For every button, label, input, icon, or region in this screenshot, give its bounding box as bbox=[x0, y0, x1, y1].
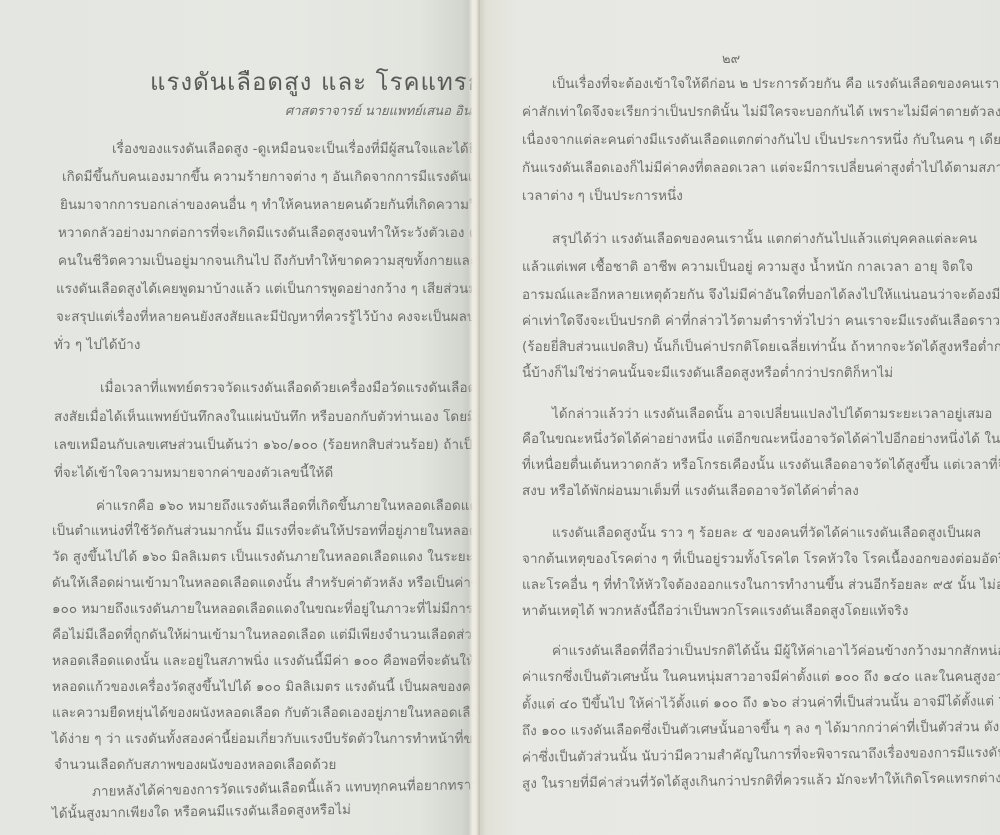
author-byline: ศาสตราจารย์ นายแพทย์เสนอ อินทรสุข bbox=[285, 100, 476, 121]
right-page: เป็นเรื่องที่จะต้องเข้าใจให้ดีก่อน ๒ ประ… bbox=[476, 0, 1000, 835]
text-line: ที่เหนื่อยตื่นเต้นหวาดกลัว หรือโกรธเคือง… bbox=[522, 457, 1000, 475]
text-line: ได้กล่าวแล้วว่า แรงดันเลือดนั้น อาจเปลี่… bbox=[552, 406, 992, 424]
text-line: ได้ง่าย ๆ ว่า แรงดันทั้งสองค่านี้ย่อมเกี… bbox=[52, 731, 476, 749]
text-line: หาต้นเหตุได้ พวกหลังนี้ถือว่าเป็นพวกโรคแ… bbox=[522, 603, 909, 621]
text-line: แรงดันเลือดสูงนั้น ราว ๆ ร้อยละ ๕ ของคนท… bbox=[552, 525, 981, 543]
page-number: ๒๙ bbox=[722, 48, 740, 69]
text-line: จะสรุปแต่เรื่องที่หลายคนยังสงสัยและมีปัญ… bbox=[56, 309, 476, 327]
text-line: คนในชีวิตความเป็นอยู่มากจนเกินไป ถึงกับท… bbox=[58, 253, 476, 271]
text-line: เนื่องจากแต่ละคนต่างมีแรงดันเลือดแตกต่าง… bbox=[522, 132, 1000, 150]
text-line: ได้นั้นสูงมากเพียงใด หรือคนมีแรงดันเลือด… bbox=[52, 802, 351, 824]
text-line: ค่าแรกคือ ๑๖๐ หมายถึงแรงดันเลือดที่เกิดข… bbox=[96, 498, 476, 516]
text-line: และความยืดหยุ่นได้ของผนังหลอดเลือด กับตั… bbox=[52, 705, 476, 723]
text-line: เกิดมีขึ้นกับคนเองมากขึ้น ความร้ายกาจต่า… bbox=[62, 169, 476, 187]
text-line: ทั่ว ๆ ไปได้บ้าง bbox=[54, 337, 140, 355]
left-page: แรงดันเลือดสูง และ โรคแทรก ศาสตราจารย์ น… bbox=[0, 0, 476, 835]
text-line: ๑๐๐ หมายถึงแรงดันภายในหลอดเลือดแดงในขณะท… bbox=[52, 601, 476, 619]
text-line: หลอดแก้วของเครื่องวัดสูงขึ้นไปได้ ๑๐๐ มิ… bbox=[52, 679, 476, 697]
text-line: สงสัยเมื่อได้เห็นแพทย์บันทึกลงในแผ่นบันท… bbox=[54, 409, 476, 427]
text-line: เรื่องของแรงดันเลือดสูง -ดูเหมือนจะเป็นเ… bbox=[112, 141, 476, 159]
text-line: สงบ หรือได้พักผ่อนมาเต็มที่ แรงดันเลือดอ… bbox=[522, 483, 859, 501]
text-line: คือในขณะหนึ่งวัดได้ค่าอย่างหนึ่ง แต่อีกข… bbox=[522, 431, 1000, 449]
text-line: ตั้งแต่ ๔๐ ปีขึ้นไป ให้ค่าไว้ตั้งแต่ ๑๐๐… bbox=[522, 693, 1000, 714]
text-line: แล้วแต่เพศ เชื้อชาติ อาชีพ ความเป็นอยู่ … bbox=[522, 259, 973, 277]
text-line: สรุปได้ว่า แรงดันเลือดของคนเรานั้น แตกต่… bbox=[552, 231, 977, 249]
text-line: คือไม่มีเลือดที่ถูกดันให้ผ่านเข้ามาในหลอ… bbox=[52, 627, 476, 645]
text-line: ค่าซึ่งเป็นตัวส่วนนั้น นับว่ามีความสำคัญ… bbox=[522, 744, 1000, 767]
text-line: นี้บ้างก็ไม่ใช่ว่าคนนั้นจะมีแรงดันเลือดส… bbox=[522, 365, 893, 383]
text-line: ค่าเท่าใดจึงจะเป็นปรกติ ค่าที่กล่าวไว้ตา… bbox=[522, 313, 1000, 331]
text-line: ภายหลังได้ค่าของการวัดแรงดันเลือดนี้แล้ว… bbox=[92, 776, 476, 802]
text-line: และโรคอื่น ๆ ที่ทำให้หัวใจต้องออกแรงในกา… bbox=[522, 577, 1000, 595]
text-line: วัด สูงขึ้นไปได้ ๑๖๐ มิลลิเมตร เป็นแรงดั… bbox=[52, 549, 476, 567]
text-line: ค่าแรกซึ่งเป็นตัวเศษนั้น ในคนหนุ่มสาวอาจ… bbox=[522, 669, 1000, 687]
text-line: สูง ในรายที่มีค่าส่วนที่วัดได้สูงเกินกว่… bbox=[522, 770, 1000, 794]
text-line: แรงดันเลือดสูงได้เคยพูดมาบ้างแล้ว แต่เป็… bbox=[56, 281, 476, 299]
book-gutter bbox=[468, 0, 480, 835]
text-line: ที่จะได้เข้าใจความหมายจากค่าของตัวเลขนี้… bbox=[54, 465, 333, 483]
text-line: ถึง ๑๐๐ แรงดันเลือดซึ่งเป็นตัวเศษนั้นอาจ… bbox=[522, 719, 1000, 741]
text-line: จำนวนเลือดกับสภาพของผนังของหลอดเลือดด้วย bbox=[54, 757, 336, 775]
text-line: เมื่อเวลาที่แพทย์ตรวจวัดแรงดันเลือดด้วยเ… bbox=[100, 380, 476, 398]
text-line: เป็นตำแหน่งที่ใช้วัดกันส่วนมากนั้น มีแรง… bbox=[52, 523, 476, 541]
text-line: เวลาต่าง ๆ เป็นประการหนึ่ง bbox=[522, 188, 683, 206]
text-line: ค่าแรงดันเลือดที่ถือว่าเป็นปรกติได้นั้น … bbox=[552, 643, 1000, 661]
text-line: ยินมาจากการบอกเล่าของคนอื่น ๆ ทำให้คนหลา… bbox=[60, 197, 476, 215]
text-line: หวาดกลัวอย่างมากต่อการที่จะเกิดมีแรงดันเ… bbox=[58, 225, 476, 243]
text-line: เลขเหมือนกับเลขเศษส่วนเป็นต้นว่า ๑๖๐/๑๐๐… bbox=[54, 437, 476, 455]
text-line: ดันให้เลือดผ่านเข้ามาในหลอดเลือดแดงนั้น … bbox=[52, 575, 476, 593]
text-line: เป็นเรื่องที่จะต้องเข้าใจให้ดีก่อน ๒ ประ… bbox=[552, 76, 999, 94]
text-line: (ร้อยยี่สิบส่วนแปดสิบ) นั้นก็เป็นค่าปรกต… bbox=[522, 339, 1000, 357]
chapter-title: แรงดันเลือดสูง และ โรคแทรก bbox=[150, 62, 476, 101]
text-line: จากต้นเหตุของโรคต่าง ๆ ที่เป็นอยู่รวมทั้… bbox=[522, 551, 1000, 569]
text-line: ค่าสักเท่าใดจึงจะเรียกว่าเป็นปรกตินั้น ไ… bbox=[522, 104, 1000, 122]
text-line: กันแรงดันเลือดเองก็ไม่มีค่าคงที่ตลอดเวลา… bbox=[522, 160, 1000, 178]
text-line: อารมณ์และอีกหลายเหตุด้วยกัน จึงไม่มีค่าอ… bbox=[522, 287, 1000, 305]
text-line: หลอดเลือดแดงนั้น และอยู่ในสภาพนิ่ง แรงดั… bbox=[52, 653, 476, 671]
